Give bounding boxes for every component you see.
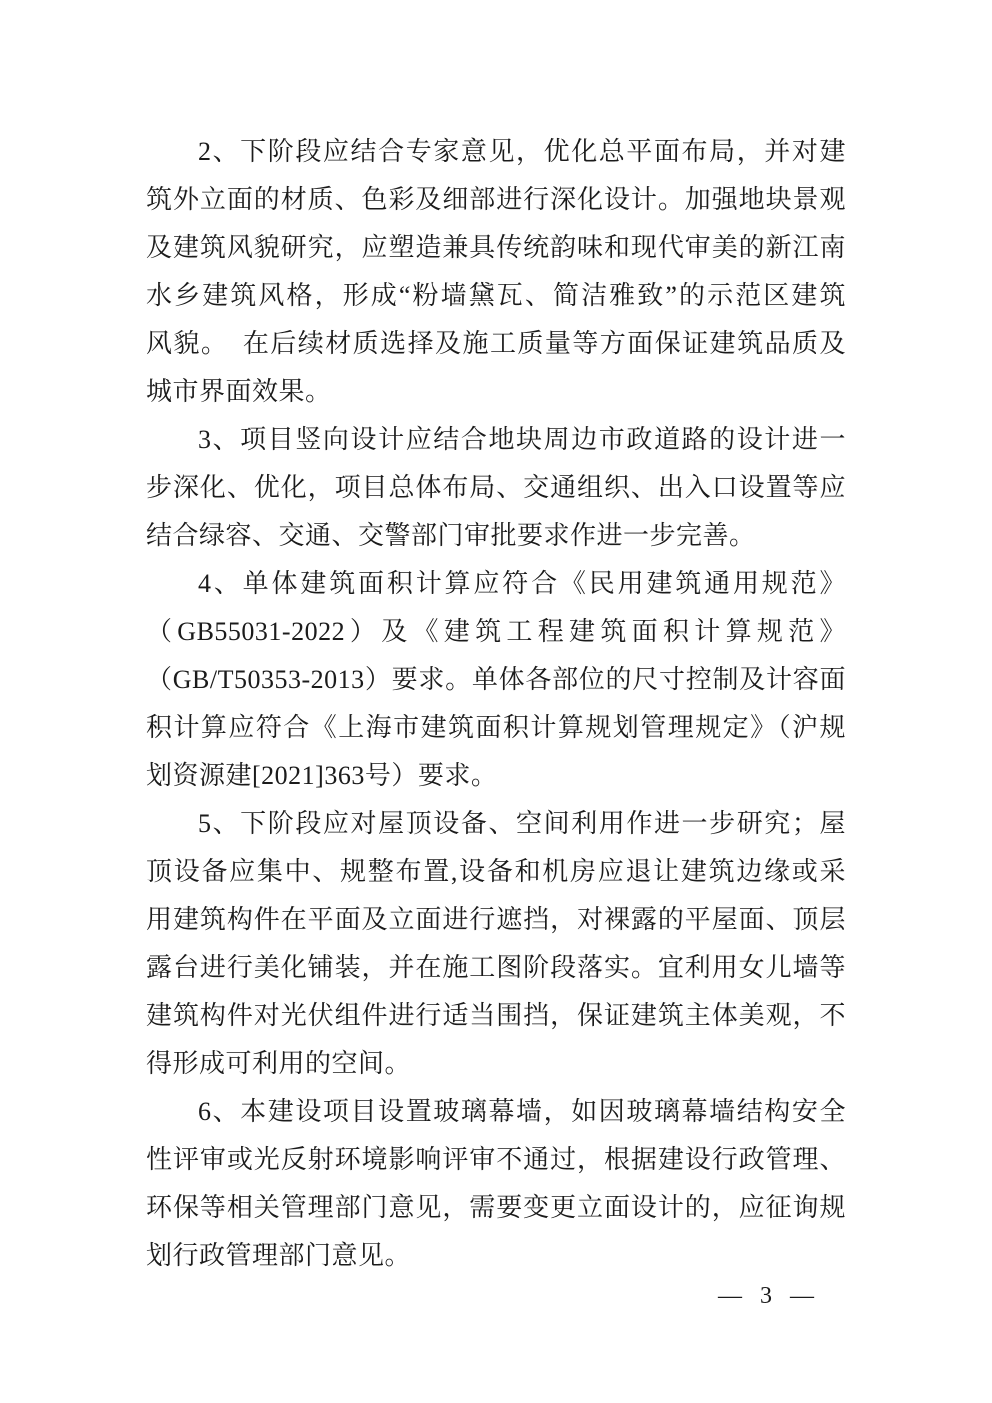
paragraph-para-2: 2、下阶段应结合专家意见，优化总平面布局，并对建筑外立面的材质、色彩及细部进行深…	[146, 128, 846, 416]
text-line: 筑外立面的材质、色彩及细部进行深化设计。加强地块景观	[146, 176, 846, 224]
text-line: 步深化、优化，项目总体布局、交通组织、出入口设置等应	[146, 464, 846, 512]
text-line: 风貌。 在后续材质选择及施工质量等方面保证建筑品质及	[146, 320, 846, 368]
text-line: 积计算应符合《上海市建筑面积计算规划管理规定》（沪规	[146, 704, 846, 752]
text-line: 及建筑风貌研究，应塑造兼具传统韵味和现代审美的新江南	[146, 224, 846, 272]
text-line: （GB55031-2022）及《建筑工程建筑面积计算规范》	[146, 608, 846, 656]
text-line: 性评审或光反射环境影响评审不通过，根据建设行政管理、	[146, 1136, 846, 1184]
text-line: 顶设备应集中、规整布置,设备和机房应退让建筑边缘或采	[146, 848, 846, 896]
text-line: 城市界面效果。	[146, 368, 846, 416]
text-line: （GB/T50353-2013）要求。单体各部位的尺寸控制及计容面	[146, 656, 846, 704]
document-page: 2、下阶段应结合专家意见，优化总平面布局，并对建筑外立面的材质、色彩及细部进行深…	[0, 0, 992, 1403]
page-number: — 3 —	[718, 1281, 816, 1311]
text-line: 6、本建设项目设置玻璃幕墙，如因玻璃幕墙结构安全	[146, 1088, 846, 1136]
text-line: 得形成可利用的空间。	[146, 1040, 846, 1088]
text-line: 建筑构件对光伏组件进行适当围挡，保证建筑主体美观，不	[146, 992, 846, 1040]
text-line: 水乡建筑风格，形成“粉墙黛瓦、简洁雅致”的示范区建筑	[146, 272, 846, 320]
text-line: 用建筑构件在平面及立面进行遮挡，对裸露的平屋面、顶层	[146, 896, 846, 944]
paragraph-para-6: 6、本建设项目设置玻璃幕墙，如因玻璃幕墙结构安全性评审或光反射环境影响评审不通过…	[146, 1088, 846, 1280]
paragraph-para-5: 5、下阶段应对屋顶设备、空间利用作进一步研究；屋顶设备应集中、规整布置,设备和机…	[146, 800, 846, 1088]
document-body: 2、下阶段应结合专家意见，优化总平面布局，并对建筑外立面的材质、色彩及细部进行深…	[146, 128, 846, 1280]
text-line: 2、下阶段应结合专家意见，优化总平面布局，并对建	[146, 128, 846, 176]
text-line: 露台进行美化铺装，并在施工图阶段落实。宜利用女儿墙等	[146, 944, 846, 992]
text-line: 划行政管理部门意见。	[146, 1232, 846, 1280]
text-line: 结合绿容、交通、交警部门审批要求作进一步完善。	[146, 512, 846, 560]
text-line: 4、单体建筑面积计算应符合《民用建筑通用规范》	[146, 560, 846, 608]
paragraph-para-3: 3、项目竖向设计应结合地块周边市政道路的设计进一步深化、优化，项目总体布局、交通…	[146, 416, 846, 560]
text-line: 3、项目竖向设计应结合地块周边市政道路的设计进一	[146, 416, 846, 464]
text-line: 5、下阶段应对屋顶设备、空间利用作进一步研究；屋	[146, 800, 846, 848]
text-line: 环保等相关管理部门意见，需要变更立面设计的，应征询规	[146, 1184, 846, 1232]
paragraph-para-4: 4、单体建筑面积计算应符合《民用建筑通用规范》（GB55031-2022）及《建…	[146, 560, 846, 800]
text-line: 划资源建[2021]363号）要求。	[146, 752, 846, 800]
